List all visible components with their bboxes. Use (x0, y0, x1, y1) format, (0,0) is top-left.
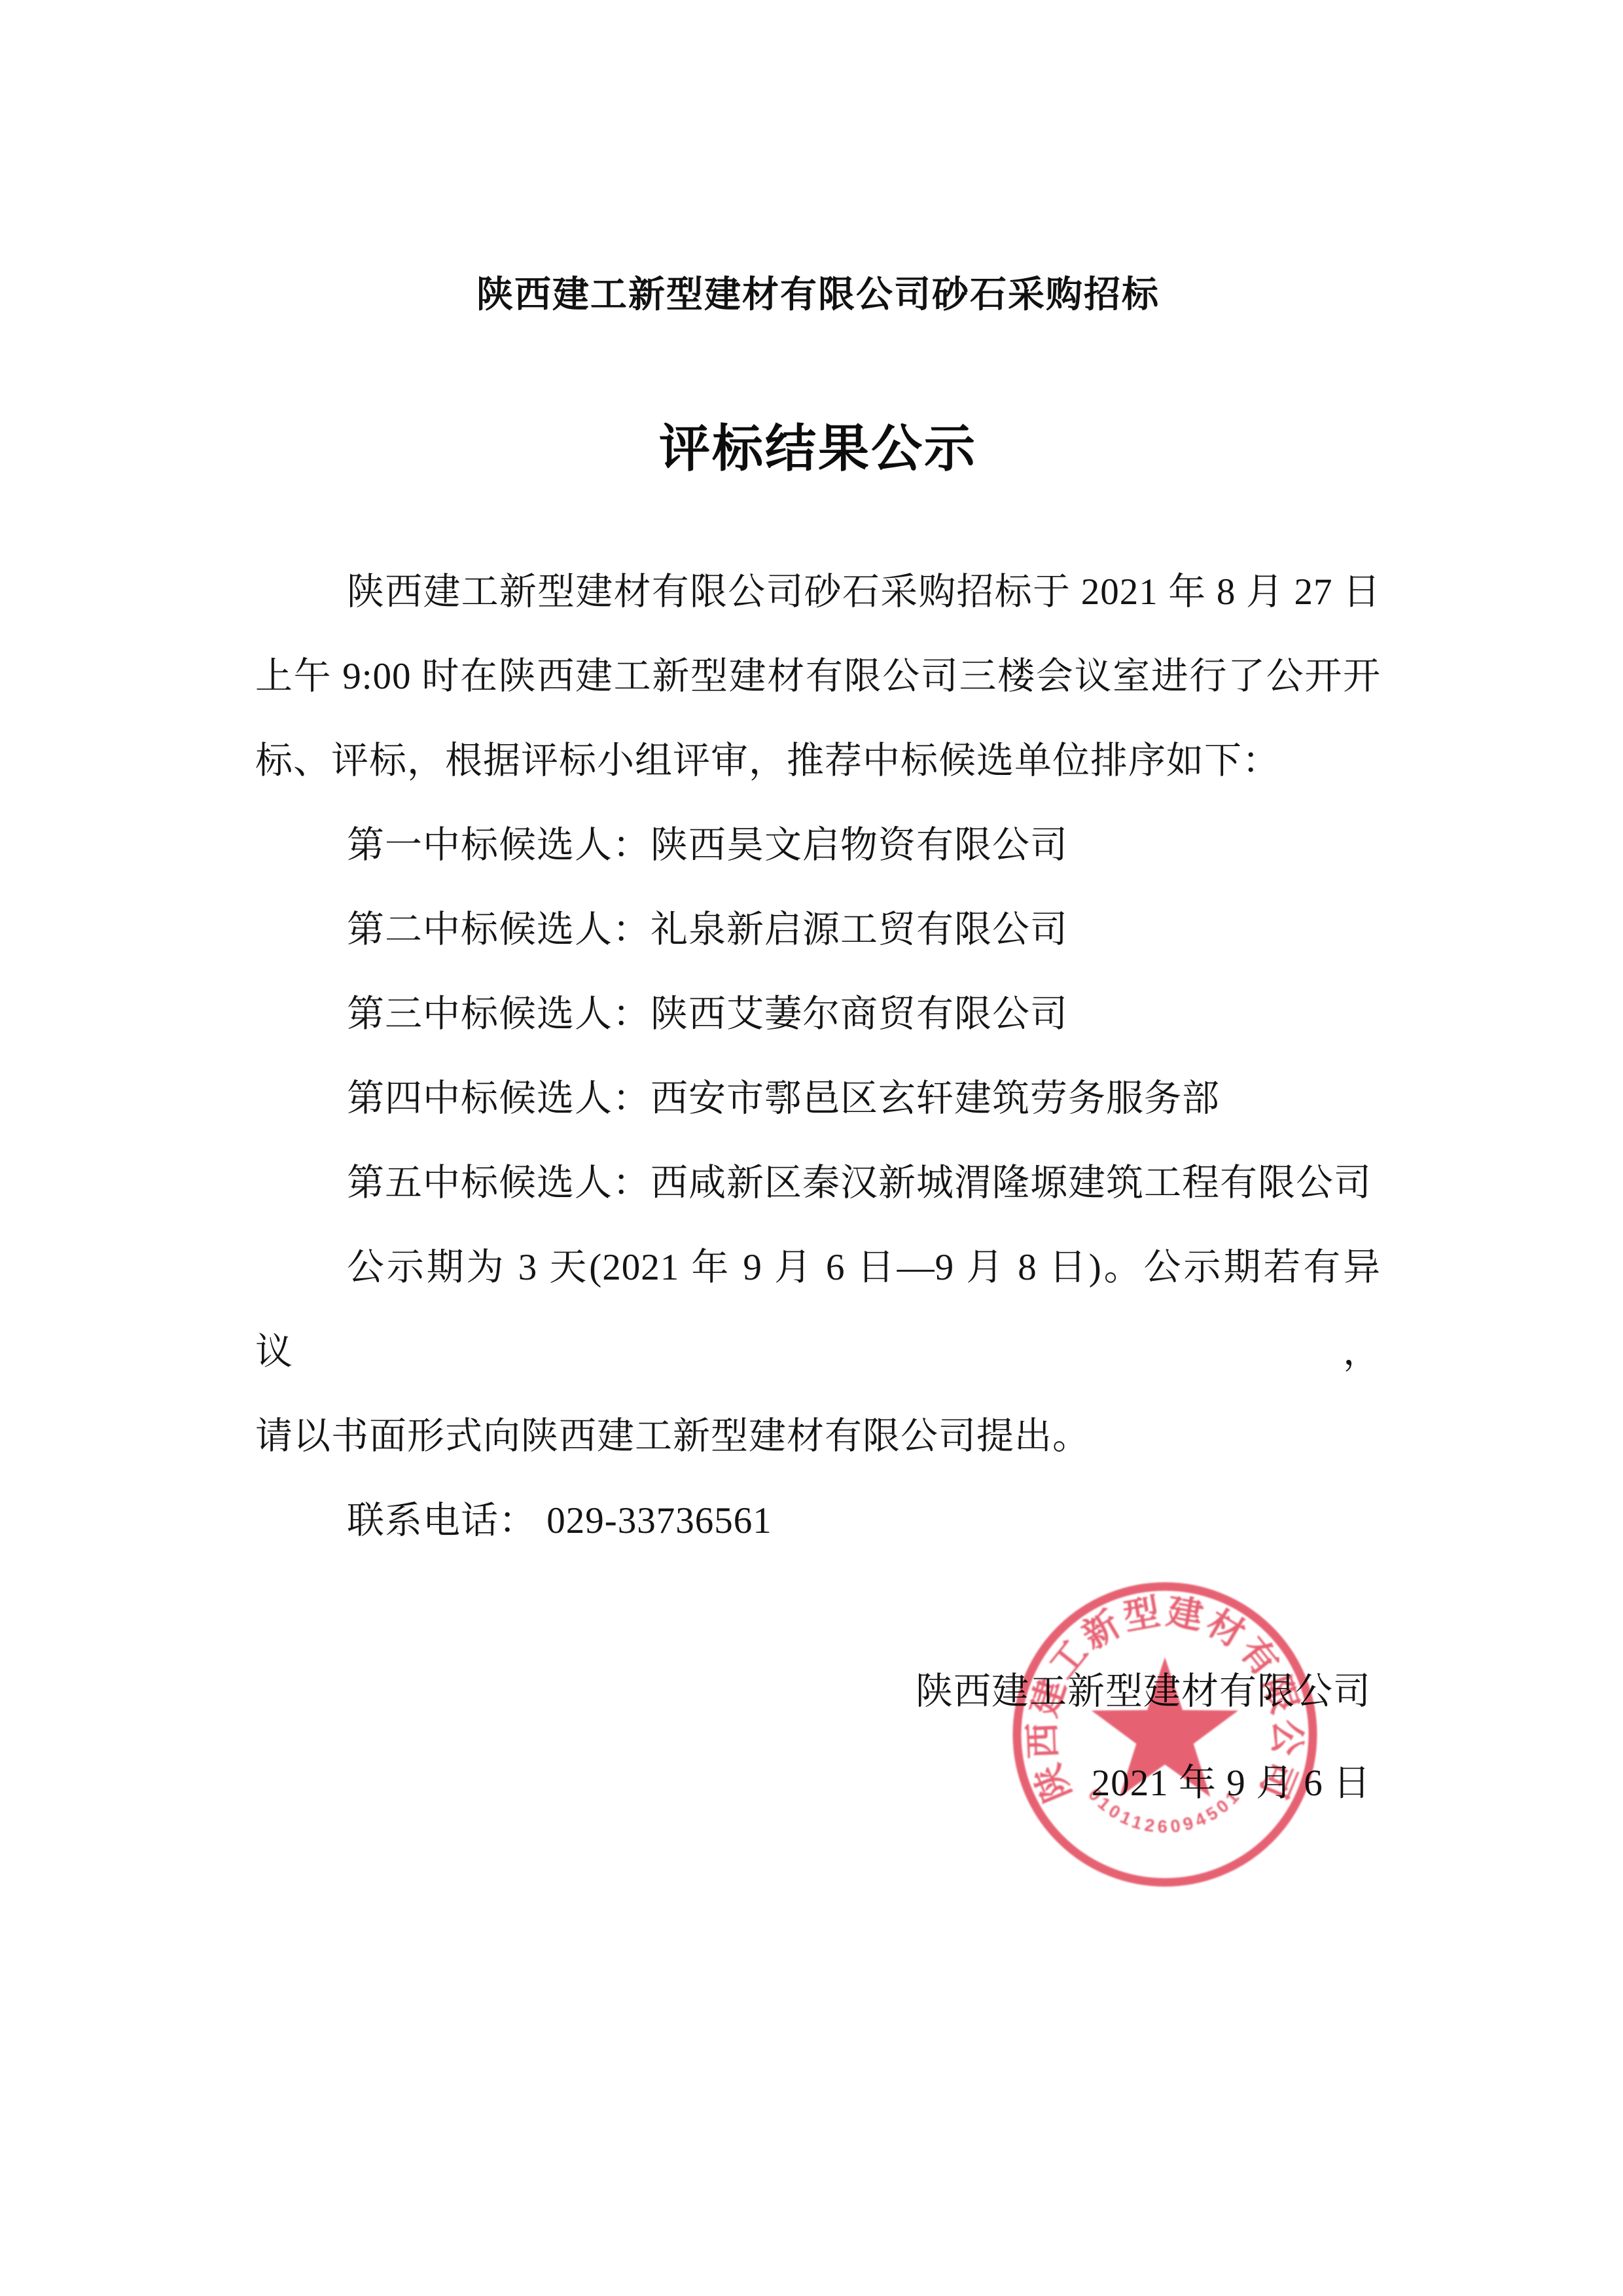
seal-serial-number: 0101126094501 (1084, 1785, 1245, 1837)
star-icon (1092, 1657, 1238, 1797)
candidate-3: 第三中标候选人：陕西艾萋尔商贸有限公司 (255, 972, 1381, 1056)
paragraph1-line1: 陕西建工新型建材有限公司砂石采购招标于 2021 年 8 月 27 日 (255, 550, 1381, 634)
document-title: 陕西建工新型建材有限公司砂石采购招标 (255, 268, 1381, 321)
candidate-2: 第二中标候选人：礼泉新启源工贸有限公司 (255, 888, 1381, 972)
candidate-5: 第五中标候选人：西咸新区秦汉新城渭隆塬建筑工程有限公司 (255, 1141, 1381, 1225)
seal-serial-content: 0101126094501 (1084, 1785, 1245, 1837)
announcement-heading: 评标结果公示 (255, 416, 1381, 481)
paragraph1-line3: 标、评标，根据评标小组评审，推荐中标候选单位排序如下： (255, 719, 1381, 803)
paragraph1-line2: 上午 9:00 时在陕西建工新型建材有限公司三楼会议室进行了公开开 (255, 634, 1381, 719)
body-text: 陕西建工新型建材有限公司砂石采购招标于 2021 年 8 月 27 日 上午 9… (255, 550, 1381, 1563)
seal-svg: 陕西建工新型建材有限公司 0101126094501 (1005, 1574, 1325, 1895)
candidate-1: 第一中标候选人：陕西昊文启物资有限公司 (255, 803, 1381, 888)
document-page: 陕西建工新型建材有限公司砂石采购招标 评标结果公示 陕西建工新型建材有限公司砂石… (0, 0, 1623, 2296)
candidate-4: 第四中标候选人：西安市鄠邑区玄轩建筑劳务服务部 (255, 1056, 1381, 1141)
contact-phone: 联系电话： 029-33736561 (255, 1479, 1381, 1563)
company-seal-stamp: 陕西建工新型建材有限公司 0101126094501 (1005, 1574, 1325, 1895)
document-content: 陕西建工新型建材有限公司砂石采购招标 评标结果公示 陕西建工新型建材有限公司砂石… (255, 268, 1381, 1563)
notice-period-line1: 公示期为 3 天(2021 年 9 月 6 日—9 月 8 日)。公示期若有异议… (255, 1225, 1381, 1394)
notice-period-line2: 请以书面形式向陕西建工新型建材有限公司提出。 (255, 1394, 1381, 1479)
